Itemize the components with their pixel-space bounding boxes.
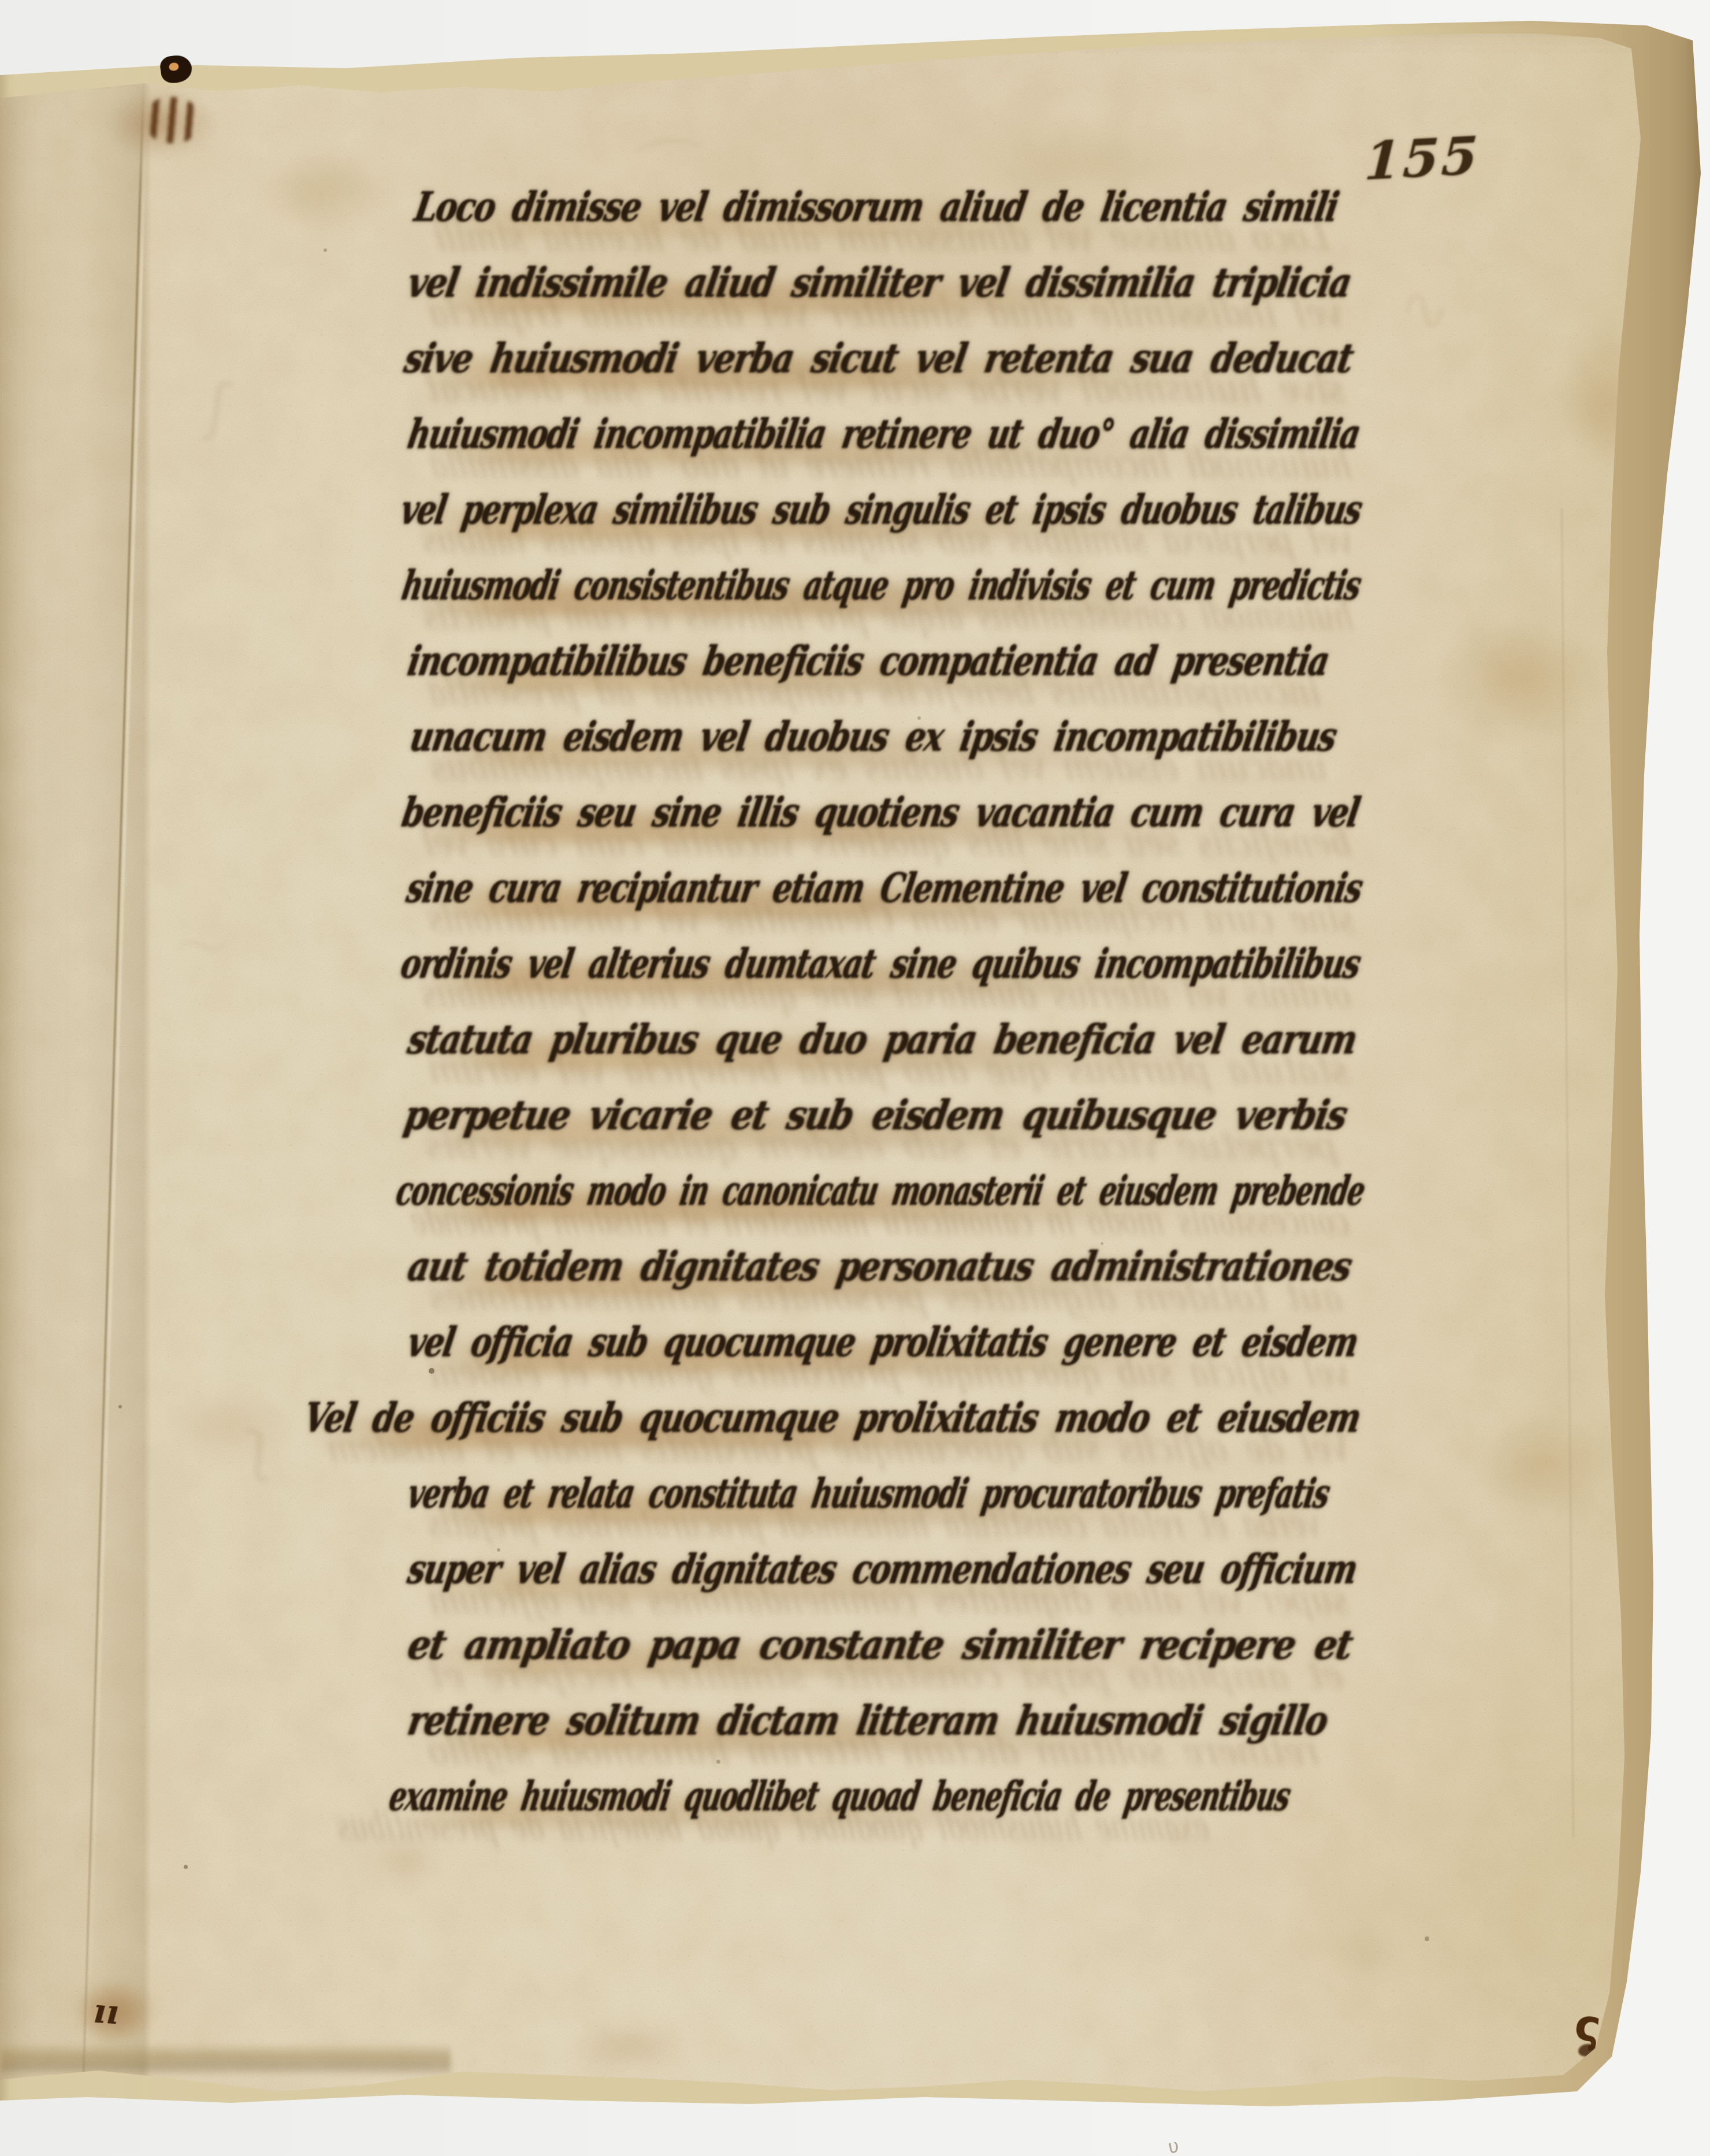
manuscript-line: et ampliato papa constante similiter rec… [404, 1630, 1347, 1703]
manuscript-line-text: sine cura recipiantur etiam Clementine v… [403, 864, 1366, 912]
ink-blot-center [169, 62, 180, 71]
manuscript-line-text: vel officia sub quocumque prolixitatis g… [404, 1318, 1361, 1366]
manuscript-line: statuta pluribus que duo paria beneficia… [404, 1024, 1352, 1097]
manuscript-line-text: super vel alias dignitates commendatione… [404, 1545, 1360, 1593]
manuscript-line-text: ordinis vel alterius dumtaxat sine quibu… [397, 940, 1363, 987]
manuscript-line: ordinis vel alterius dumtaxat sine quibu… [397, 949, 1355, 1021]
manuscript-line: perpetue vicarie et sub eisdem quibusque… [401, 1100, 1341, 1173]
manuscript-line-text: beneficiis seu sine illis quotiens vacan… [399, 789, 1363, 836]
manuscript-line-text: concessionis modo in canonicatu monaster… [393, 1167, 1368, 1214]
manuscript-line-text: statuta pluribus que duo paria beneficia… [404, 1016, 1360, 1063]
manuscript-line-text: retinere solitum dictam litteram huiusmo… [404, 1697, 1331, 1744]
manuscript-line-text: Loco dimisse vel dimissorum aliud de lic… [411, 183, 1341, 231]
manuscript-line-text: unacum eisdem vel duobus ex ipsis incomp… [407, 713, 1340, 760]
manuscript-line-text: et ampliato papa constante similiter rec… [404, 1621, 1355, 1668]
manuscript-line-text: perpetue vicarie et sub eisdem quibusque… [401, 1091, 1350, 1139]
manuscript-line: retinere solitum dictam litteram huiusmo… [404, 1705, 1323, 1778]
manuscript-line: vel officia sub quocumque prolixitatis g… [404, 1327, 1353, 1400]
manuscript-line: vel perplexa similibus sub singulis et i… [397, 495, 1356, 567]
manuscript-line: examine huiusmodi quodlibet quoad benefi… [386, 1781, 1213, 1854]
manuscript-line: Vel de officiis sub quocumque prolixitat… [300, 1403, 1355, 1475]
manuscript-line-text: vel perplexa similibus sub singulis et i… [397, 486, 1365, 533]
manuscript-line: vel indissimile aliud similiter vel diss… [404, 267, 1346, 340]
manuscript-line-text: Vel de officiis sub quocumque prolixitat… [300, 1394, 1363, 1441]
manuscript-line-text: huiusmodi consistentibus atque pro indiv… [399, 562, 1364, 609]
manuscript-page: ⌒ʃ〜ʅ∿ 155 Loco dimisse vel dimissorum al… [0, 0, 1710, 2156]
white-margin-pen-mark: υ [1166, 2135, 1181, 2156]
manuscript-line: Loco dimisse vel dimissorum aliud de lic… [411, 192, 1333, 265]
bottom-left-mark: ıı [92, 1991, 121, 2032]
manuscript-line-text: huiusmodi incompatibilia retinere ut duo… [404, 410, 1363, 458]
manuscript-line-text: examine huiusmodi quodlibet quoad benefi… [386, 1772, 1293, 1820]
scanner-background: ⌒ʃ〜ʅ∿ 155 Loco dimisse vel dimissorum al… [0, 0, 1710, 2156]
manuscript-line: huiusmodi incompatibilia retinere ut duo… [404, 419, 1355, 492]
manuscript-line: unacum eisdem vel duobus ex ipsis incomp… [407, 722, 1331, 794]
manuscript-line: verba et relata constituta huiusmodi pro… [404, 1478, 1324, 1551]
manuscript-line-text: aut totidem dignitates personatus admini… [404, 1243, 1355, 1290]
manuscript-line-text: verba et relata constituta huiusmodi pro… [404, 1470, 1333, 1517]
manuscript-line: concessionis modo in canonicatu monaster… [393, 1176, 1353, 1248]
manuscript-text-block: Loco dimisse vel dimissorum aliud de lic… [0, 0, 1710, 2156]
manuscript-line: sine cura recipiantur etiam Clementine v… [403, 873, 1358, 946]
manuscript-line-text: vel indissimile aliud similiter vel diss… [404, 259, 1354, 306]
manuscript-line: incompatibilibus beneficiis compatientia… [404, 646, 1324, 719]
manuscript-line: beneficiis seu sine illis quotiens vacan… [399, 797, 1355, 870]
manuscript-line: sive huiusmodi verba sicut vel retenta s… [401, 343, 1348, 416]
manuscript-line: aut totidem dignitates personatus admini… [404, 1251, 1346, 1324]
manuscript-line: super vel alias dignitates commendatione… [404, 1554, 1352, 1627]
manuscript-line-text: incompatibilibus beneficiis compatientia… [404, 637, 1332, 685]
manuscript-line: huiusmodi consistentibus atque pro indiv… [399, 570, 1356, 643]
manuscript-line-text: sive huiusmodi verba sicut vel retenta s… [401, 334, 1356, 382]
